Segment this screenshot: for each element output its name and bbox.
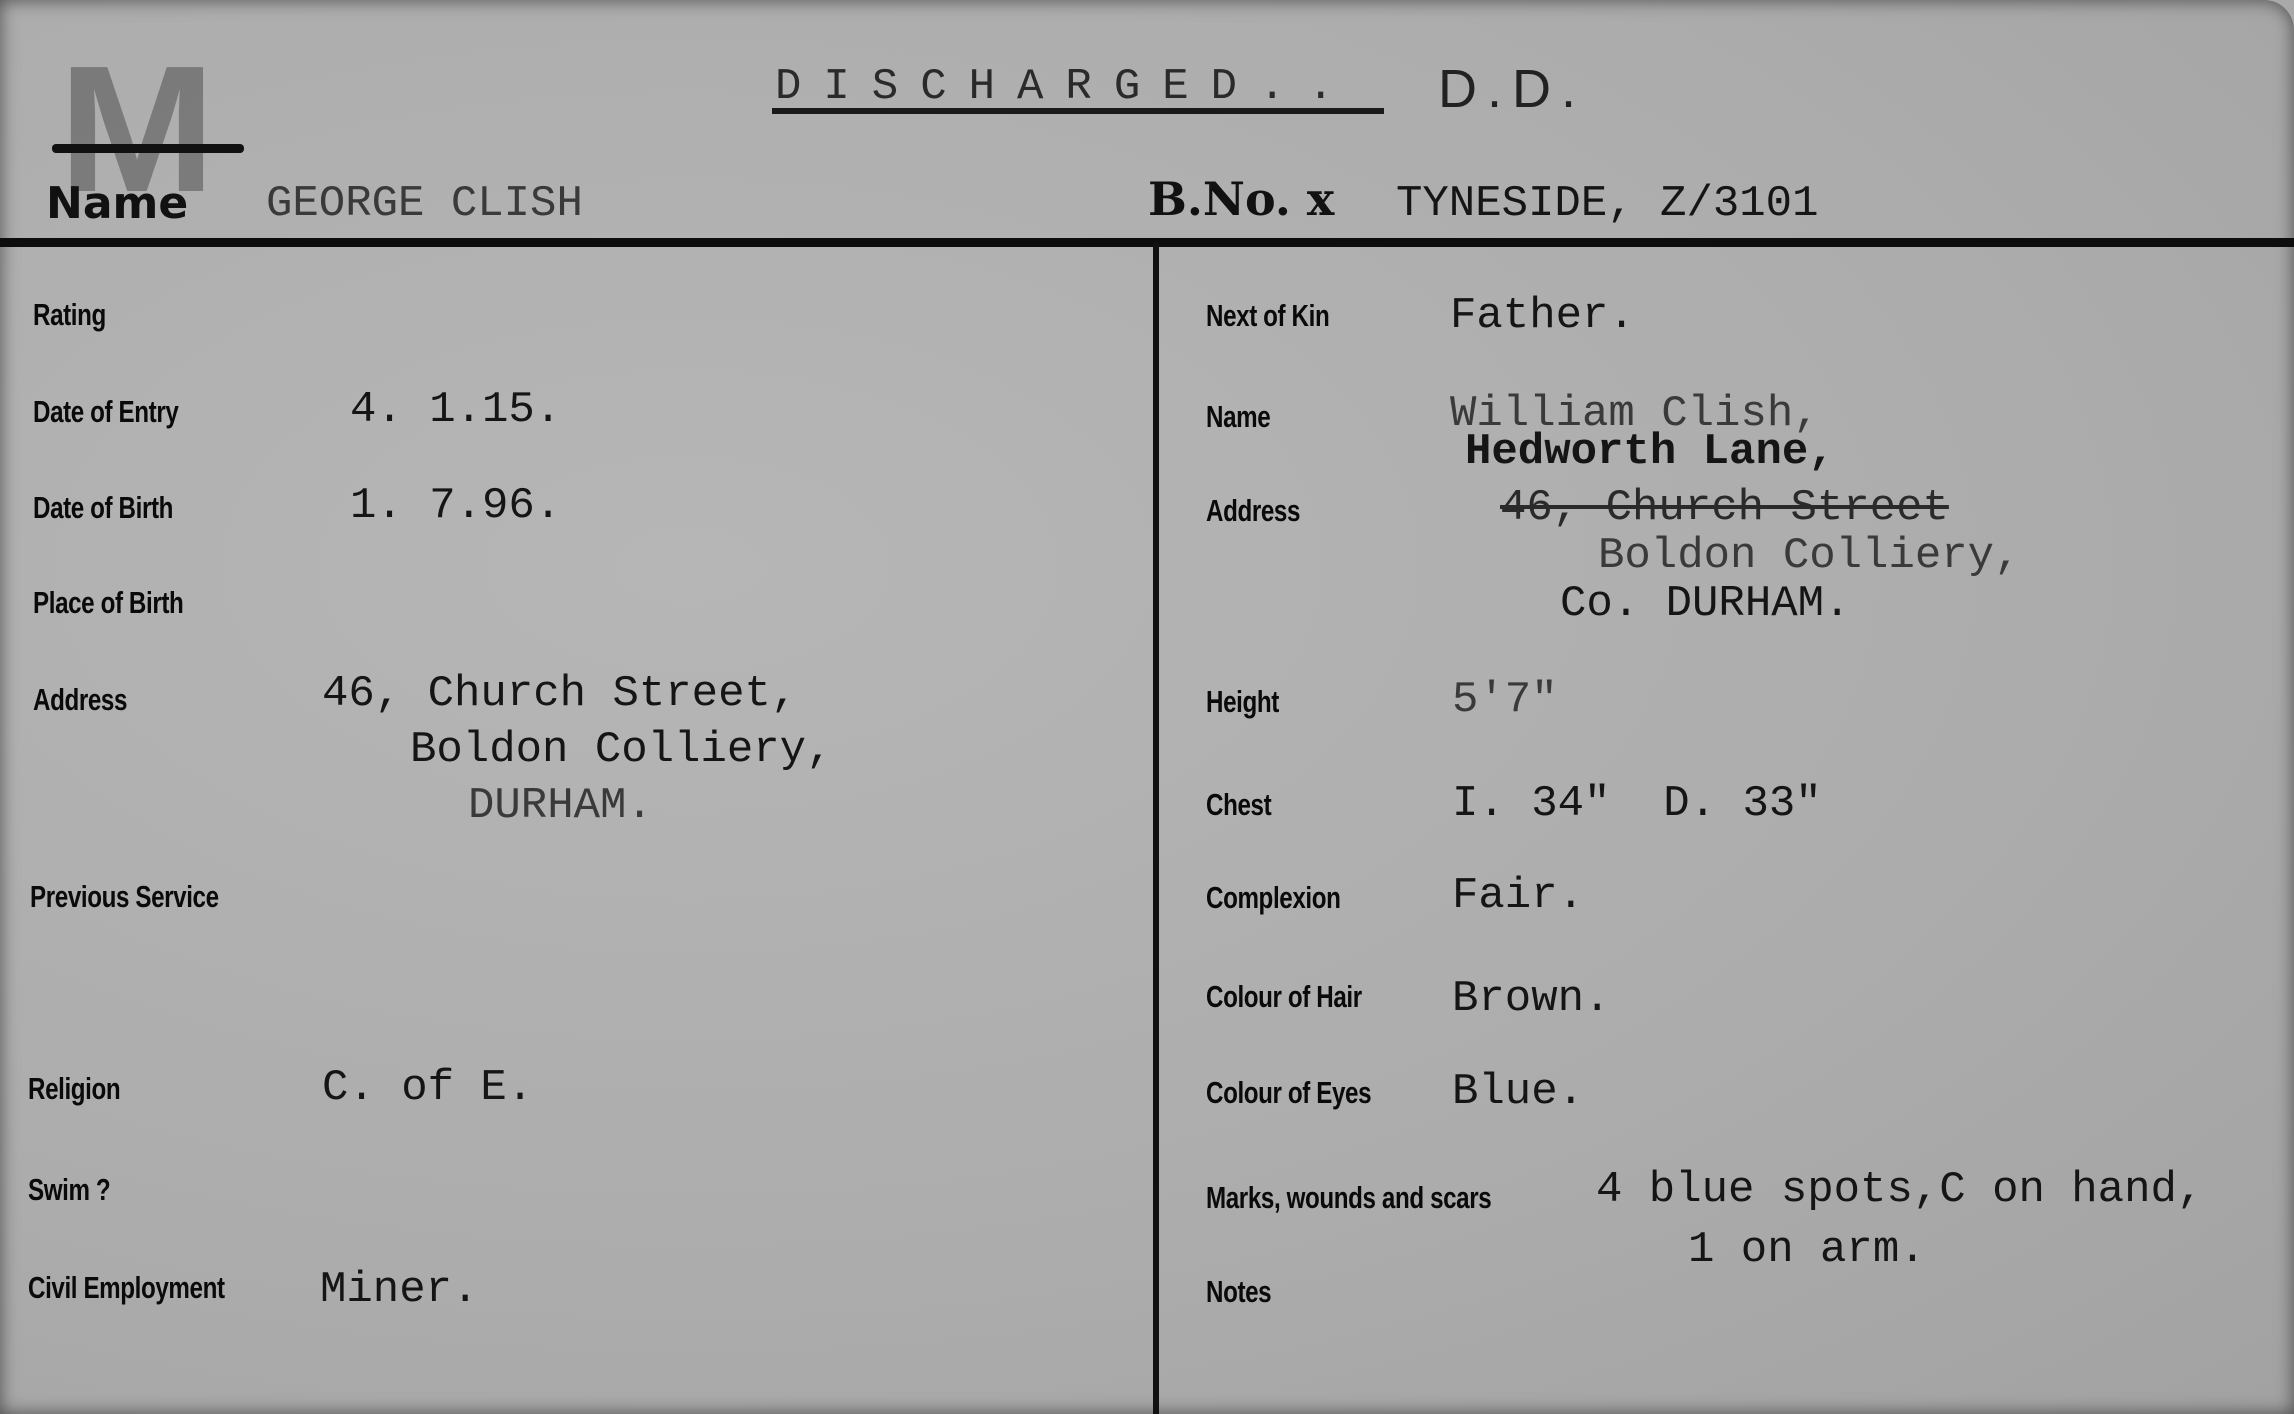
- civil-employment-label: Civil Employment: [28, 1270, 225, 1306]
- name-label: Name: [46, 178, 188, 229]
- marks-line-1: 4 blue spots,C on hand,: [1596, 1166, 2203, 1214]
- chest-value: I. 34" D. 33": [1452, 780, 1822, 828]
- address-line-3: DURHAM.: [468, 782, 653, 830]
- complexion-value: Fair.: [1452, 872, 1584, 920]
- date-of-entry-label: Date of Entry: [33, 394, 178, 430]
- civil-employment-value: Miner.: [320, 1266, 478, 1314]
- date-of-birth-label: Date of Birth: [33, 490, 173, 526]
- religion-label: Religion: [28, 1071, 120, 1107]
- header-divider: [0, 238, 2294, 247]
- discharged-heading: DISCHARGED..: [775, 62, 1356, 112]
- column-divider: [1153, 243, 1159, 1414]
- notes-label: Notes: [1206, 1274, 1271, 1310]
- colour-of-eyes-label: Colour of Eyes: [1206, 1075, 1371, 1111]
- place-of-birth-label: Place of Birth: [33, 585, 183, 621]
- marks-line-2: 1 on arm.: [1688, 1226, 1926, 1274]
- m-stamp-underline: [52, 144, 244, 153]
- service-record-card: M DISCHARGED.. D.D. Name GEORGE CLISH B.…: [0, 0, 2294, 1414]
- height-value: 5'7": [1452, 676, 1558, 724]
- previous-service-label: Previous Service: [30, 879, 219, 915]
- rating-label: Rating: [33, 297, 106, 333]
- next-of-kin-label: Next of Kin: [1206, 298, 1329, 334]
- date-of-birth-value: 1. 7.96.: [350, 482, 561, 530]
- height-label: Height: [1206, 684, 1279, 720]
- marks-label: Marks, wounds and scars: [1206, 1180, 1491, 1216]
- colour-of-eyes-value: Blue.: [1452, 1068, 1584, 1116]
- status-suffix: D.D.: [1438, 58, 1586, 120]
- chest-label: Chest: [1206, 787, 1271, 823]
- next-of-kin-value: Father.: [1450, 292, 1635, 340]
- kin-address-line-3: Co. DURHAM.: [1560, 580, 1850, 628]
- name-value: GEORGE CLISH: [266, 180, 583, 228]
- kin-address-label: Address: [1206, 493, 1300, 529]
- address-label: Address: [33, 682, 127, 718]
- discharged-underline: [772, 108, 1384, 114]
- complexion-label: Complexion: [1206, 880, 1340, 916]
- number-value: TYNESIDE, Z/3101: [1396, 180, 1818, 228]
- number-label: B.No. x: [1148, 172, 1334, 226]
- kin-address-inserted: Hedworth Lane,: [1465, 428, 1835, 476]
- colour-of-hair-label: Colour of Hair: [1206, 979, 1362, 1015]
- colour-of-hair-value: Brown.: [1452, 975, 1610, 1023]
- kin-name-label: Name: [1206, 399, 1270, 435]
- address-line-1: 46, Church Street,: [322, 670, 797, 718]
- date-of-entry-value: 4. 1.15.: [350, 386, 561, 434]
- address-line-2: Boldon Colliery,: [410, 726, 832, 774]
- swim-label: Swim ?: [28, 1172, 110, 1208]
- kin-address-line-2: Boldon Colliery,: [1598, 532, 2020, 580]
- religion-value: C. of E.: [322, 1064, 533, 1112]
- kin-address-struck: 46, Church Street: [1500, 484, 1949, 532]
